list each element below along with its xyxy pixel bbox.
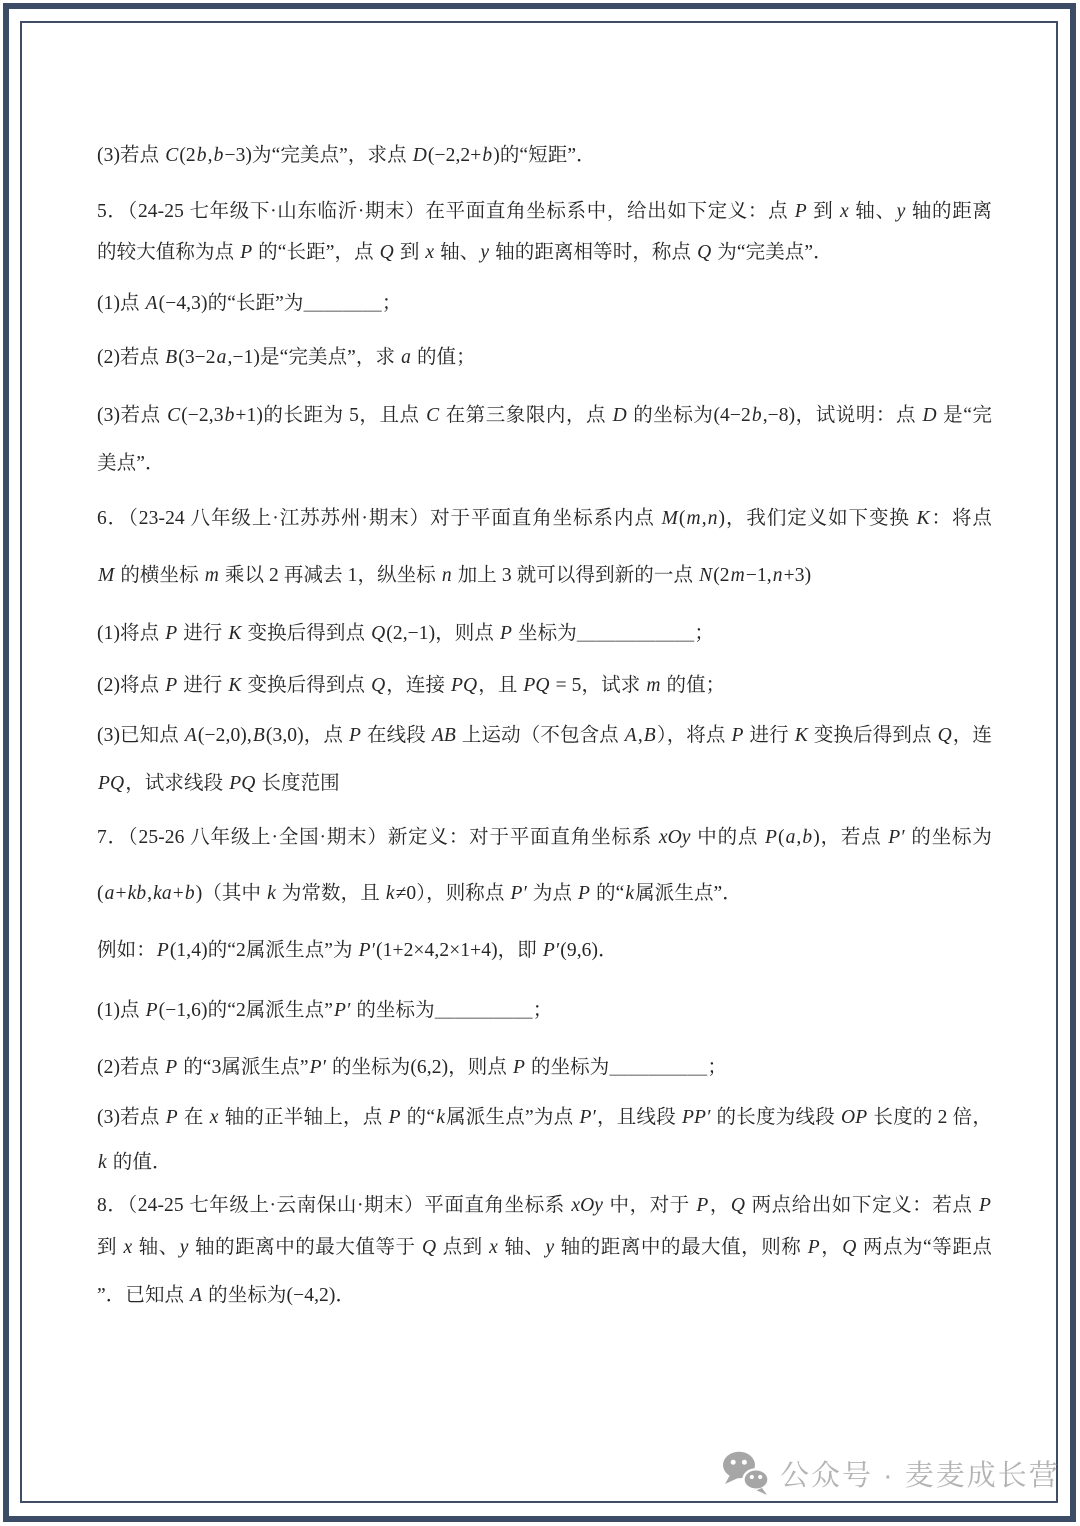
text-line: (3)已知点 A(−2,0),B(3,0)，点 P 在线段 AB 上运动（不包含…	[97, 720, 992, 752]
wechat-icon	[722, 1450, 770, 1496]
document-page: (3)若点 C(2b,b−3)为“完美点”，求点 D(−2,2+b)的“短距”．…	[0, 0, 1080, 1526]
text-line: 6．（23-24 八年级上·江苏苏州·期末）对于平面直角坐标系内点 M(m,n)…	[97, 503, 992, 535]
text-line: k 的值．	[97, 1147, 992, 1179]
text-line: (1)点 P(−1,6)的“2属派生点”P′ 的坐标为＿＿＿＿＿；	[97, 995, 992, 1027]
text-line: (2)将点 P 进行 K 变换后得到点 Q，连接 PQ，且 PQ = 5，试求 …	[97, 670, 992, 702]
text-line: 到 x 轴、y 轴的距离中的最大值等于 Q 点到 x 轴、y 轴的距离中的最大值…	[97, 1232, 992, 1264]
watermark: 公众号 · 麦麦成长营	[722, 1450, 1060, 1496]
text-line: M 的横坐标 m 乘以 2 再减去 1，纵坐标 n 加上 3 就可以得到新的一点…	[97, 560, 992, 592]
text-line: (1)点 A(−4,3)的“长距”为＿＿＿＿；	[97, 288, 992, 320]
text-line: (a+kb,ka+b)（其中 k 为常数，且 k≠0），则称点 P′ 为点 P …	[97, 878, 992, 910]
text-line: PQ，试求线段 PQ 长度范围	[97, 768, 992, 800]
text-line: 8．（24-25 七年级上·云南保山·期末）平面直角坐标系 xOy 中，对于 P…	[97, 1190, 992, 1222]
text-line: (3)若点 C(2b,b−3)为“完美点”，求点 D(−2,2+b)的“短距”．	[97, 140, 992, 172]
text-line: (3)若点 C(−2,3b+1)的长距为 5，且点 C 在第三象限内，点 D 的…	[97, 400, 992, 432]
watermark-label: 公众号 · 麦麦成长营	[780, 1453, 1060, 1494]
text-line: (2)若点 B(3−2a,−1)是“完美点”，求 a 的值；	[97, 342, 992, 374]
document-lines: (3)若点 C(2b,b−3)为“完美点”，求点 D(−2,2+b)的“短距”．…	[97, 0, 992, 1526]
text-line: 的较大值称为点 P 的“长距”，点 Q 到 x 轴、y 轴的距离相等时，称点 Q…	[97, 237, 992, 269]
text-line: 7．（25-26 八年级上·全国·期末）新定义：对于平面直角坐标系 xOy 中的…	[97, 822, 992, 854]
text-line: 美点”．	[97, 448, 992, 480]
text-line: (3)若点 P 在 x 轴的正半轴上，点 P 的“k属派生点”为点 P′，且线段…	[97, 1102, 992, 1134]
text-line: 5．（24-25 七年级下·山东临沂·期末）在平面直角坐标系中，给出如下定义：点…	[97, 196, 992, 228]
text-line: 例如：P(1,4)的“2属派生点”为 P′(1+2×4,2×1+4)，即 P′(…	[97, 935, 992, 967]
text-line: (2)若点 P 的“3属派生点”P′ 的坐标为(6,2)，则点 P 的坐标为＿＿…	[97, 1052, 992, 1084]
text-line: ”．已知点 A 的坐标为(−4,2)．	[97, 1280, 992, 1312]
text-line: (1)将点 P 进行 K 变换后得到点 Q(2,−1)，则点 P 坐标为＿＿＿＿…	[97, 618, 992, 650]
